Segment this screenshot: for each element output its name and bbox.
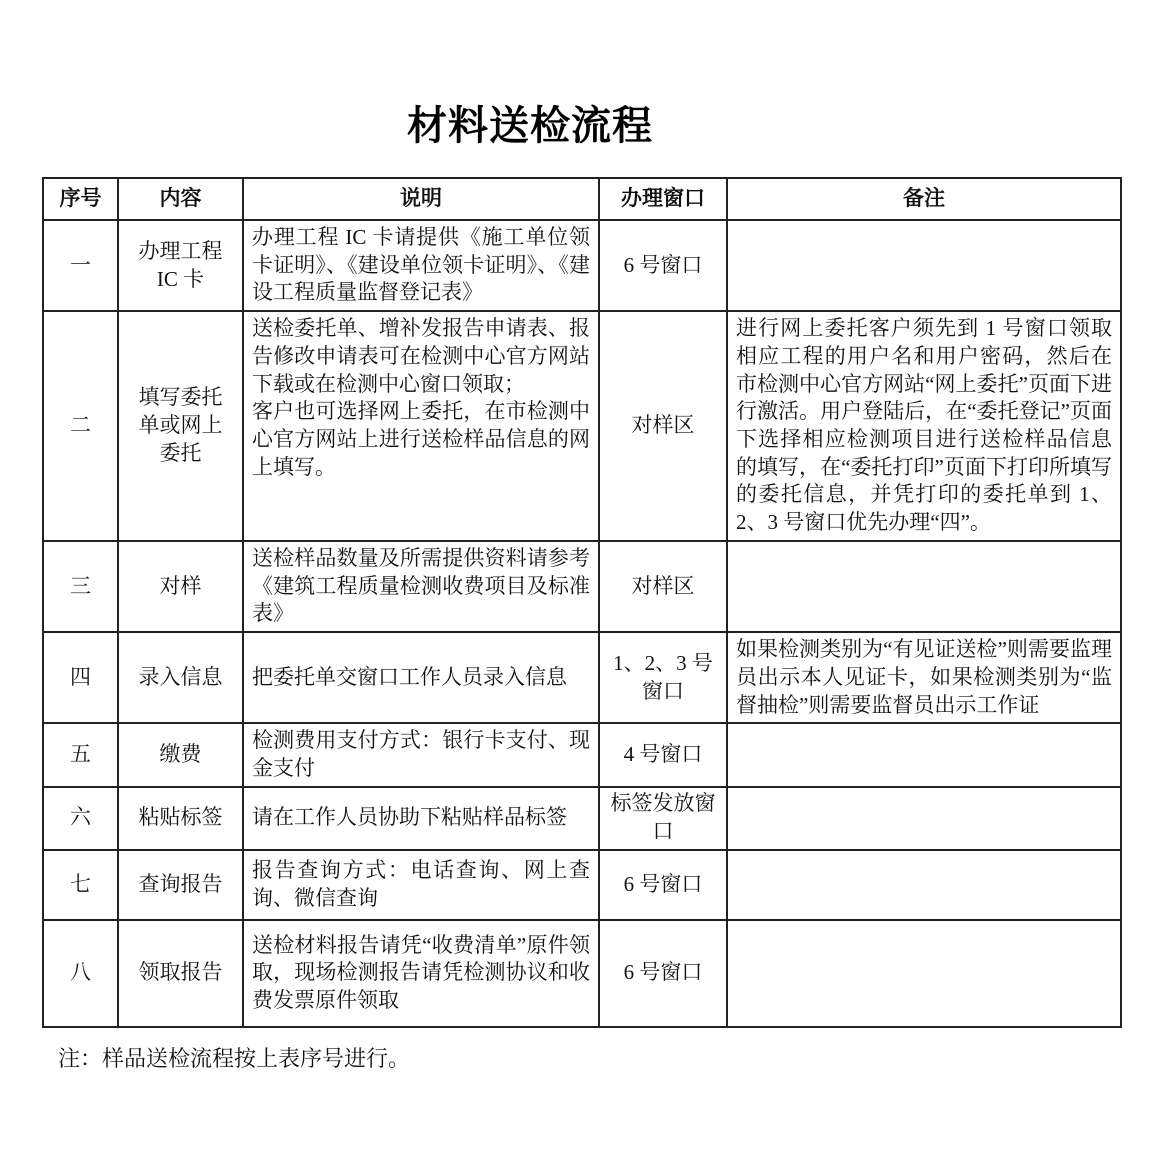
row-window-cell: 1、2、3 号 窗口	[599, 632, 727, 723]
row-content-cell: 对样	[118, 541, 243, 632]
footnote: 注：样品送检流程按上表序号进行。	[58, 1042, 1160, 1073]
header-content: 内容	[118, 178, 243, 220]
row-description-cell: 办理工程 IC 卡请提供《施工单位领卡证明》、《建设单位领卡证明》、《建设工程质…	[243, 220, 599, 311]
row-content-cell: 查询报告	[118, 850, 243, 920]
row-no-cell: 一	[43, 220, 118, 311]
table-row: 二 填写委托 单或网上 委托 送检委托单、增补发报告申请表、报告修改申请表可在检…	[43, 311, 1121, 541]
row-description-cell: 送检委托单、增补发报告申请表、报告修改申请表可在检测中心官方网站下载或在检测中心…	[243, 311, 599, 541]
row-description-cell: 报告查询方式：电话查询、网上查询、微信查询	[243, 850, 599, 920]
row-description-cell: 请在工作人员协助下粘贴样品标签	[243, 787, 599, 850]
row-no-cell: 八	[43, 920, 118, 1027]
table-row: 三 对样 送检样品数量及所需提供资料请参考《建筑工程质量检测收费项目及标准表》 …	[43, 541, 1121, 632]
row-window-cell: 6 号窗口	[599, 920, 727, 1027]
document-page: 材料送检流程 序号 内容 说明 办理窗口 备注 一 办理工程 IC 卡 办理工程…	[0, 0, 1160, 1167]
row-window-cell: 6 号窗口	[599, 850, 727, 920]
row-no-cell: 四	[43, 632, 118, 723]
row-description-cell: 送检样品数量及所需提供资料请参考《建筑工程质量检测收费项目及标准表》	[243, 541, 599, 632]
row-content-cell: 办理工程 IC 卡	[118, 220, 243, 311]
process-table: 序号 内容 说明 办理窗口 备注 一 办理工程 IC 卡 办理工程 IC 卡请提…	[42, 177, 1122, 1028]
row-description-cell: 检测费用支付方式：银行卡支付、现金支付	[243, 723, 599, 786]
row-remark-cell: 如果检测类别为“有见证送检”则需要监理员出示本人见证卡，如果检测类别为“监督抽检…	[727, 632, 1121, 723]
row-remark-cell	[727, 920, 1121, 1027]
row-content-cell: 录入信息	[118, 632, 243, 723]
page-title: 材料送检流程	[0, 94, 1060, 151]
row-no-cell: 二	[43, 311, 118, 541]
header-remark: 备注	[727, 178, 1121, 220]
row-remark-cell	[727, 850, 1121, 920]
row-description-cell: 把委托单交窗口工作人员录入信息	[243, 632, 599, 723]
table-header-row: 序号 内容 说明 办理窗口 备注	[43, 178, 1121, 220]
row-remark-cell	[727, 723, 1121, 786]
table-row: 一 办理工程 IC 卡 办理工程 IC 卡请提供《施工单位领卡证明》、《建设单位…	[43, 220, 1121, 311]
row-remark-cell	[727, 541, 1121, 632]
header-window: 办理窗口	[599, 178, 727, 220]
row-no-cell: 六	[43, 787, 118, 850]
row-content-cell: 填写委托 单或网上 委托	[118, 311, 243, 541]
row-window-cell: 标签发放窗口	[599, 787, 727, 850]
row-window-cell: 4 号窗口	[599, 723, 727, 786]
row-window-cell: 对样区	[599, 311, 727, 541]
row-description-cell: 送检材料报告请凭“收费清单”原件领取，现场检测报告请凭检测协议和收费发票原件领取	[243, 920, 599, 1027]
row-no-cell: 五	[43, 723, 118, 786]
row-content-cell: 缴费	[118, 723, 243, 786]
row-content-cell: 粘贴标签	[118, 787, 243, 850]
table-row: 八 领取报告 送检材料报告请凭“收费清单”原件领取，现场检测报告请凭检测协议和收…	[43, 920, 1121, 1027]
row-no-cell: 三	[43, 541, 118, 632]
table-row: 五 缴费 检测费用支付方式：银行卡支付、现金支付 4 号窗口	[43, 723, 1121, 786]
row-remark-cell: 进行网上委托客户须先到 1 号窗口领取相应工程的用户名和用户密码，然后在市检测中…	[727, 311, 1121, 541]
table-row: 六 粘贴标签 请在工作人员协助下粘贴样品标签 标签发放窗口	[43, 787, 1121, 850]
row-no-cell: 七	[43, 850, 118, 920]
table-row: 七 查询报告 报告查询方式：电话查询、网上查询、微信查询 6 号窗口	[43, 850, 1121, 920]
row-window-cell: 6 号窗口	[599, 220, 727, 311]
row-window-cell: 对样区	[599, 541, 727, 632]
row-remark-cell	[727, 220, 1121, 311]
table-row: 四 录入信息 把委托单交窗口工作人员录入信息 1、2、3 号 窗口 如果检测类别…	[43, 632, 1121, 723]
row-content-cell: 领取报告	[118, 920, 243, 1027]
header-description: 说明	[243, 178, 599, 220]
header-no: 序号	[43, 178, 118, 220]
row-remark-cell	[727, 787, 1121, 850]
